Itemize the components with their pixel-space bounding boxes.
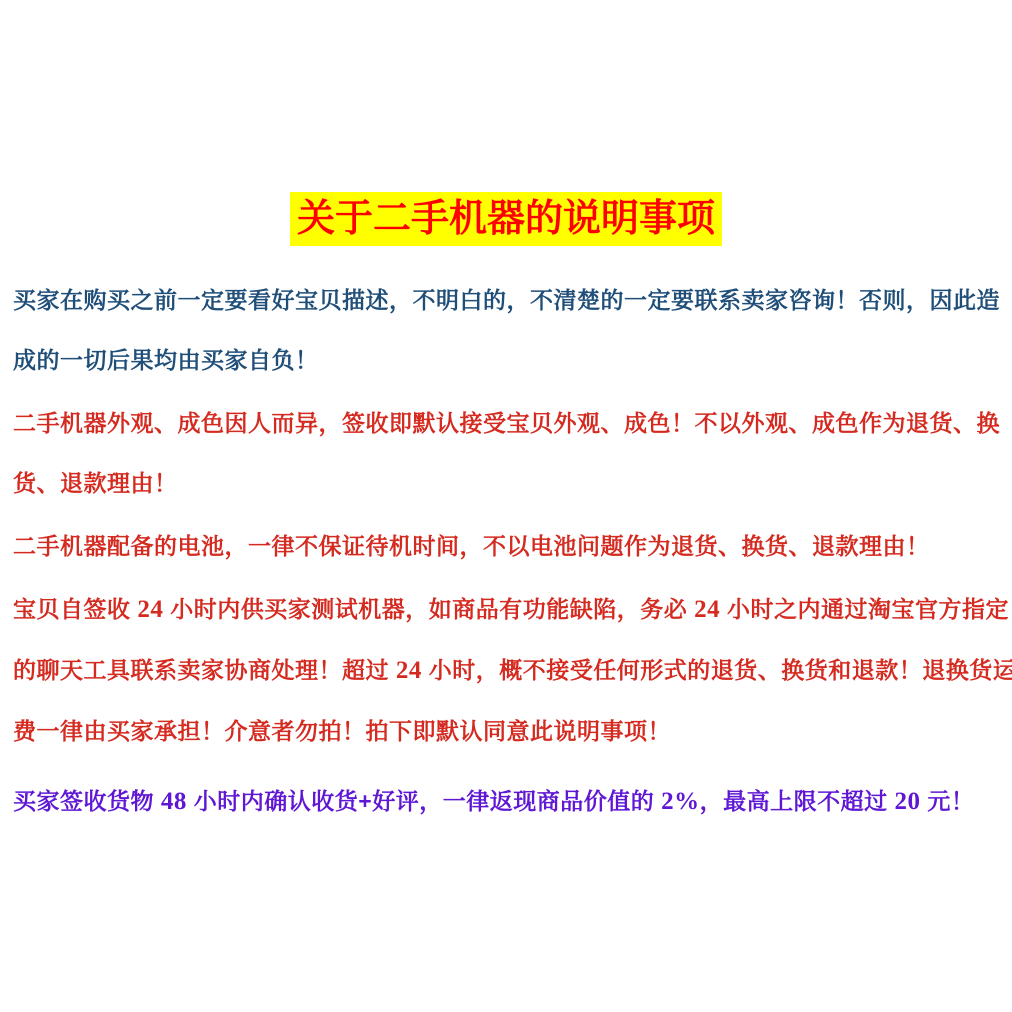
text-line: 二手机器外观、成色因人而异，签收即默认接受宝贝外观、成色！不以外观、成色作为退货…: [13, 393, 999, 453]
notice-page: 关于二手机器的说明事项 买家在购买之前一定要看好宝贝描述，不明白的，不清楚的一定…: [0, 0, 1012, 1012]
number-highlight: 2%: [661, 788, 700, 815]
text-line: 成的一切后果均由买家自负！: [13, 330, 999, 390]
text-line: 宝贝自签收 24 小时内供买家测试机器，如商品有功能缺陷，务必 24 小时之内通…: [13, 579, 999, 640]
paragraph-4: 宝贝自签收 24 小时内供买家测试机器，如商品有功能缺陷，务必 24 小时之内通…: [13, 579, 999, 761]
text-line: 货、退款理由！: [13, 453, 999, 513]
number-highlight: 24: [694, 596, 720, 623]
paragraph-5: 买家签收货物 48 小时内确认收货+好评，一律返现商品价值的 2%，最高上限不超…: [13, 771, 999, 832]
text-line: 二手机器配备的电池，一律不保证待机时间，不以电池问题作为退货、换货、退款理由！: [13, 516, 999, 576]
title-row: 关于二手机器的说明事项: [0, 0, 1012, 246]
paragraph-2: 二手机器外观、成色因人而异，签收即默认接受宝贝外观、成色！不以外观、成色作为退货…: [13, 393, 999, 513]
number-highlight: 24: [137, 596, 163, 623]
text-line: 的聊天工具联系卖家协商处理！超过 24 小时，概不接受任何形式的退货、换货和退款…: [13, 640, 999, 701]
number-highlight: 48: [161, 788, 187, 815]
notice-body: 买家在购买之前一定要看好宝贝描述，不明白的，不清楚的一定要联系卖家咨询！否则，因…: [13, 270, 999, 832]
text-line: 费一律由买家承担！介意者勿拍！拍下即默认同意此说明事项！: [13, 701, 999, 761]
number-highlight: 24: [396, 657, 422, 684]
text-line: 买家签收货物 48 小时内确认收货+好评，一律返现商品价值的 2%，最高上限不超…: [13, 771, 999, 832]
paragraph-3: 二手机器配备的电池，一律不保证待机时间，不以电池问题作为退货、换货、退款理由！: [13, 516, 999, 576]
page-title: 关于二手机器的说明事项: [290, 192, 722, 246]
number-highlight: 20: [895, 788, 921, 815]
text-line: 买家在购买之前一定要看好宝贝描述，不明白的，不清楚的一定要联系卖家咨询！否则，因…: [13, 270, 999, 330]
paragraph-1: 买家在购买之前一定要看好宝贝描述，不明白的，不清楚的一定要联系卖家咨询！否则，因…: [13, 270, 999, 390]
